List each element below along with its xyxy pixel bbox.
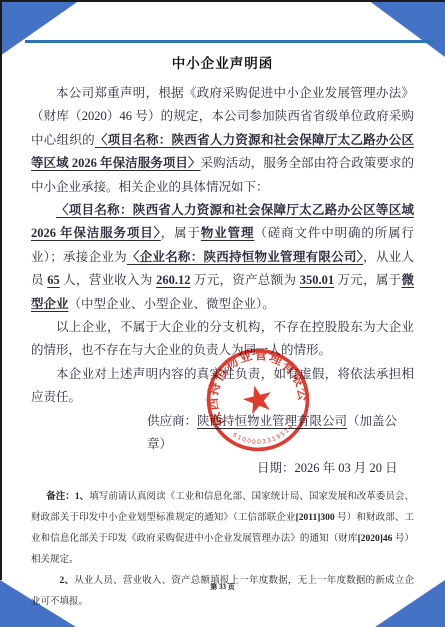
notes-section: 备注：1、填写前请认真阅读《工业和信息化部、国家统计局、国家发展和改革委员会、财… xyxy=(31,487,414,613)
paragraph-enterprise-details: 〈项目名称：陕西省人力资源和社会保障厅太乙路办公区等区域 2026 年保洁服务项… xyxy=(31,199,414,316)
supplier-label: 供应商： xyxy=(147,414,197,428)
date-line: 日期：2026 年 03 月 20 日 xyxy=(31,457,414,480)
paragraph-no-affiliation: 以上企业，不属于大企业的分支机构，不存在控股股东为大企业的情形，也不存在与大企业… xyxy=(31,316,414,363)
note-item-1: 备注：1、填写前请认真阅读《工业和信息化部、国家统计局、国家发展和改革委员会、财… xyxy=(31,487,414,571)
page-number: 第 33 页 xyxy=(0,582,445,592)
supplier-company-name: 陕西持恒物业管理有限公司 xyxy=(197,414,347,428)
paragraph-declaration: 本公司郑重声明，根据《政府采购促进中小企业发展管理办法》（财库（2020）46 … xyxy=(31,82,414,199)
page-edge-top xyxy=(0,0,445,2)
paragraph-liability: 本企业对上述声明内容的真实性负责，如有虚假，将依法承担相应责任。 xyxy=(31,363,414,410)
supplier-line: 供应商：陕西持恒物业管理有限公司（加盖公章） xyxy=(31,410,414,457)
document-page: 中小企业声明函 本公司郑重声明，根据《政府采购促进中小企业发展管理办法》（财库（… xyxy=(0,0,445,627)
document-body: 中小企业声明函 本公司郑重声明，根据《政府采购促进中小企业发展管理办法》（财库（… xyxy=(31,0,414,613)
page-edge-left xyxy=(0,2,2,580)
page-title: 中小企业声明函 xyxy=(31,52,414,72)
